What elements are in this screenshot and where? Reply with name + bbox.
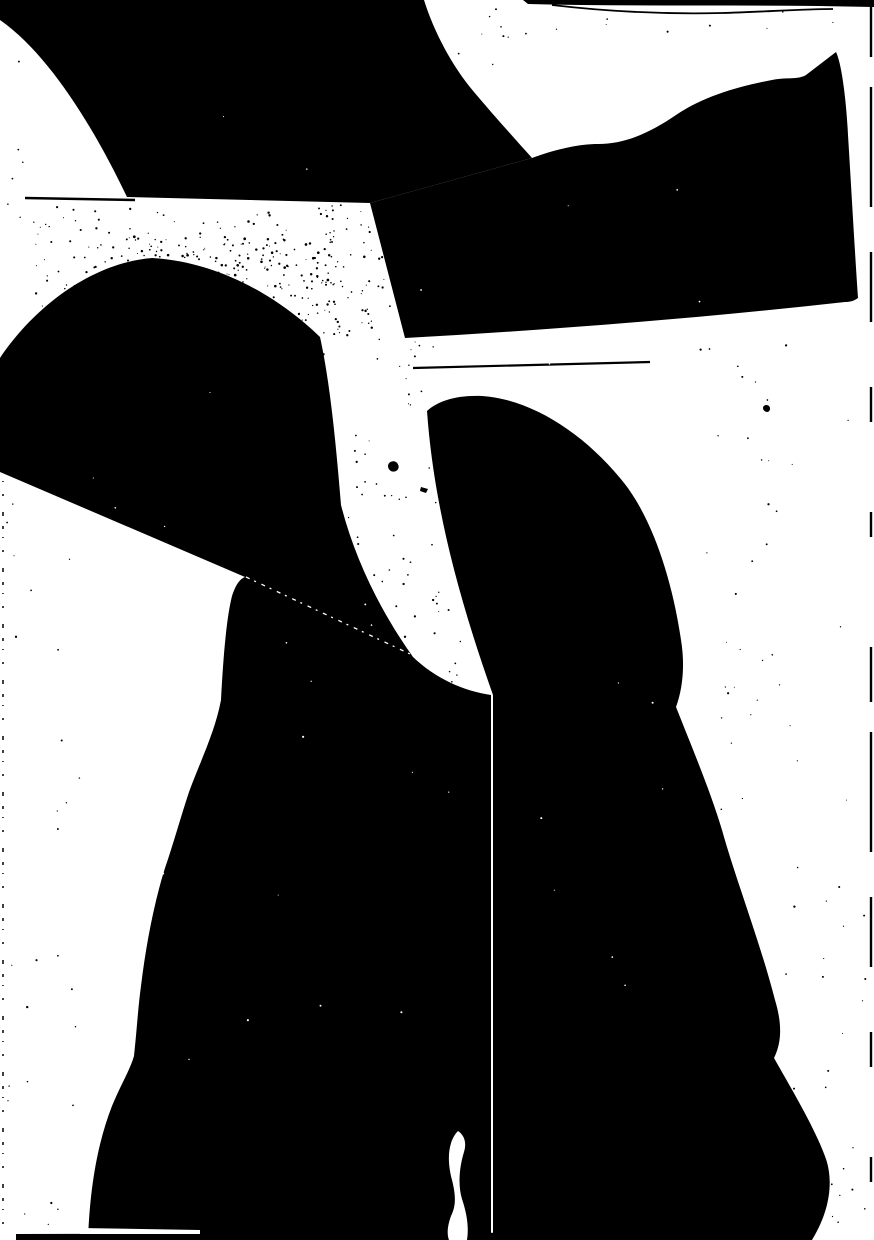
binarized-artwork-page [0,0,874,1240]
artwork-canvas [0,0,874,1240]
